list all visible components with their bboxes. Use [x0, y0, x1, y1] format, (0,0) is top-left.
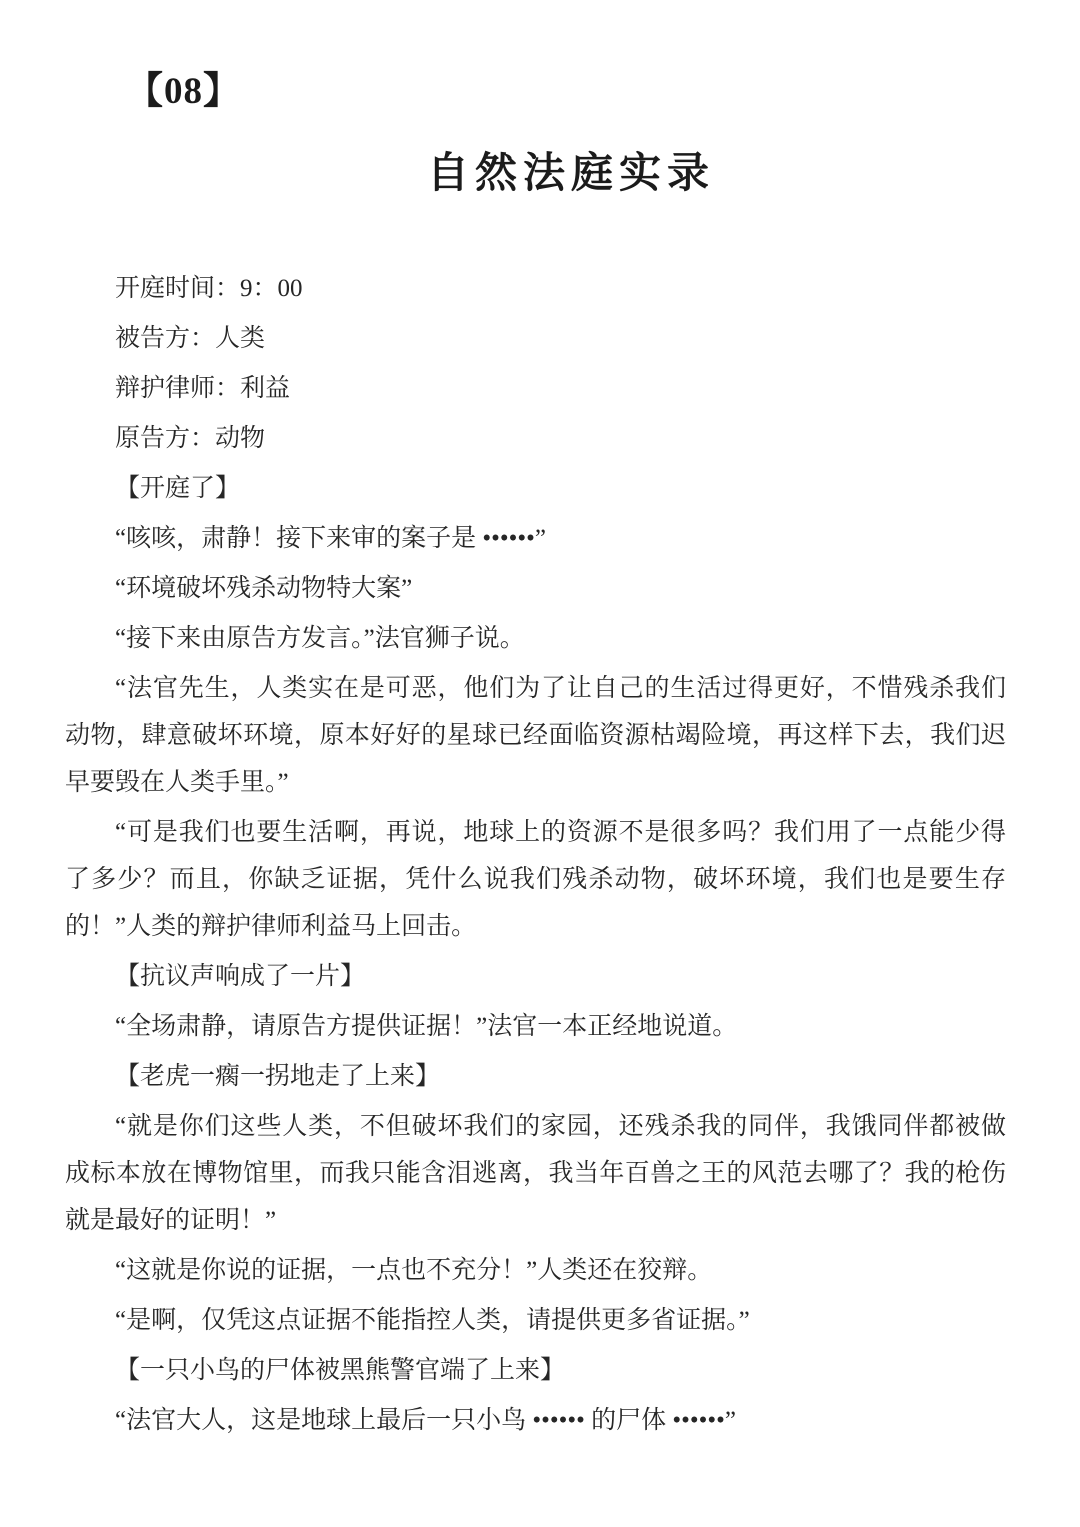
- paragraph: “环境破坏残杀动物特大案”: [65, 565, 1006, 612]
- text-line: 原告方：动物: [65, 415, 1006, 462]
- meta-line: 原告方：动物: [65, 415, 1006, 462]
- paragraph: “就是你们这些人类，不但破坏我们的家园，还残杀我的同伴，我饿同伴都被做成标本放在…: [65, 1103, 1006, 1244]
- paragraph: “咳咳，肃静！接下来审的案子是 ••••••”: [65, 515, 1006, 562]
- paragraph: “是啊，仅凭这点证据不能指控人类，请提供更多省证据。”: [65, 1297, 1006, 1344]
- meta-line: 开庭时间：9：00: [65, 265, 1006, 312]
- stage-direction: 【开庭了】: [65, 465, 1006, 512]
- meta-line: 辩护律师：利益: [65, 365, 1006, 412]
- stage-direction: 【一只小鸟的尸体被黑熊警官端了上来】: [65, 1347, 1006, 1394]
- paragraph: “全场肃静，请原告方提供证据！”法官一本正经地说道。: [65, 1003, 1006, 1050]
- text-line: “法官大人，这是地球上最后一只小鸟 •••••• 的尸体 ••••••”: [65, 1397, 1006, 1444]
- text-line: 【开庭了】: [65, 465, 1006, 512]
- text-line: 开庭时间：9：00: [65, 265, 1006, 312]
- paragraph: “法官先生，人类实在是可恶，他们为了让自己的生活过得更好，不惜残杀我们动物，肆意…: [65, 665, 1006, 806]
- text-line: “就是你们这些人类，不但破坏我们的家园，还残杀我的同伴，我饿同伴都被做: [65, 1103, 1006, 1150]
- document-page: 【08】 自然法庭实录 开庭时间：9：00被告方：人类辩护律师：利益原告方：动物…: [0, 0, 1080, 1527]
- text-line: 辩护律师：利益: [65, 365, 1006, 412]
- text-line: 【老虎一瘸一拐地走了上来】: [65, 1053, 1006, 1100]
- stage-direction: 【老虎一瘸一拐地走了上来】: [65, 1053, 1006, 1100]
- text-line: “这就是你说的证据，一点也不充分！”人类还在狡辩。: [65, 1247, 1006, 1294]
- page-title: 自然法庭实录: [0, 140, 1080, 200]
- paragraph: “接下来由原告方发言。”法官狮子说。: [65, 615, 1006, 662]
- stage-direction: 【抗议声响成了一片】: [65, 953, 1006, 1000]
- text-line: 了多少？而且，你缺乏证据，凭什么说我们残杀动物，破坏环境，我们也是要生存: [65, 856, 1006, 903]
- text-line: 【抗议声响成了一片】: [65, 953, 1006, 1000]
- paragraph: “法官大人，这是地球上最后一只小鸟 •••••• 的尸体 ••••••”: [65, 1397, 1006, 1444]
- text-line: 就是最好的证明！”: [65, 1197, 1006, 1244]
- text-line: 动物，肆意破坏环境，原本好好的星球已经面临资源枯竭险境，再这样下去，我们迟: [65, 712, 1006, 759]
- text-line: 成标本放在博物馆里，而我只能含泪逃离，我当年百兽之王的风范去哪了？我的枪伤: [65, 1150, 1006, 1197]
- text-line: “接下来由原告方发言。”法官狮子说。: [65, 615, 1006, 662]
- text-line: “咳咳，肃静！接下来审的案子是 ••••••”: [65, 515, 1006, 562]
- text-line: “环境破坏残杀动物特大案”: [65, 565, 1006, 612]
- document-body: 开庭时间：9：00被告方：人类辩护律师：利益原告方：动物【开庭了】“咳咳，肃静！…: [65, 265, 1006, 1444]
- text-line: “法官先生，人类实在是可恶，他们为了让自己的生活过得更好，不惜残杀我们: [65, 665, 1006, 712]
- meta-line: 被告方：人类: [65, 315, 1006, 362]
- text-line: 的！”人类的辩护律师利益马上回击。: [65, 903, 1006, 950]
- text-line: “是啊，仅凭这点证据不能指控人类，请提供更多省证据。”: [65, 1297, 1006, 1344]
- paragraph: “可是我们也要生活啊，再说，地球上的资源不是很多吗？我们用了一点能少得了多少？而…: [65, 809, 1006, 950]
- text-line: 被告方：人类: [65, 315, 1006, 362]
- text-line: “全场肃静，请原告方提供证据！”法官一本正经地说道。: [65, 1003, 1006, 1050]
- paragraph: “这就是你说的证据，一点也不充分！”人类还在狡辩。: [65, 1247, 1006, 1294]
- section-number: 【08】: [126, 60, 241, 114]
- text-line: 早要毁在人类手里。”: [65, 759, 1006, 806]
- text-line: “可是我们也要生活啊，再说，地球上的资源不是很多吗？我们用了一点能少得: [65, 809, 1006, 856]
- text-line: 【一只小鸟的尸体被黑熊警官端了上来】: [65, 1347, 1006, 1394]
